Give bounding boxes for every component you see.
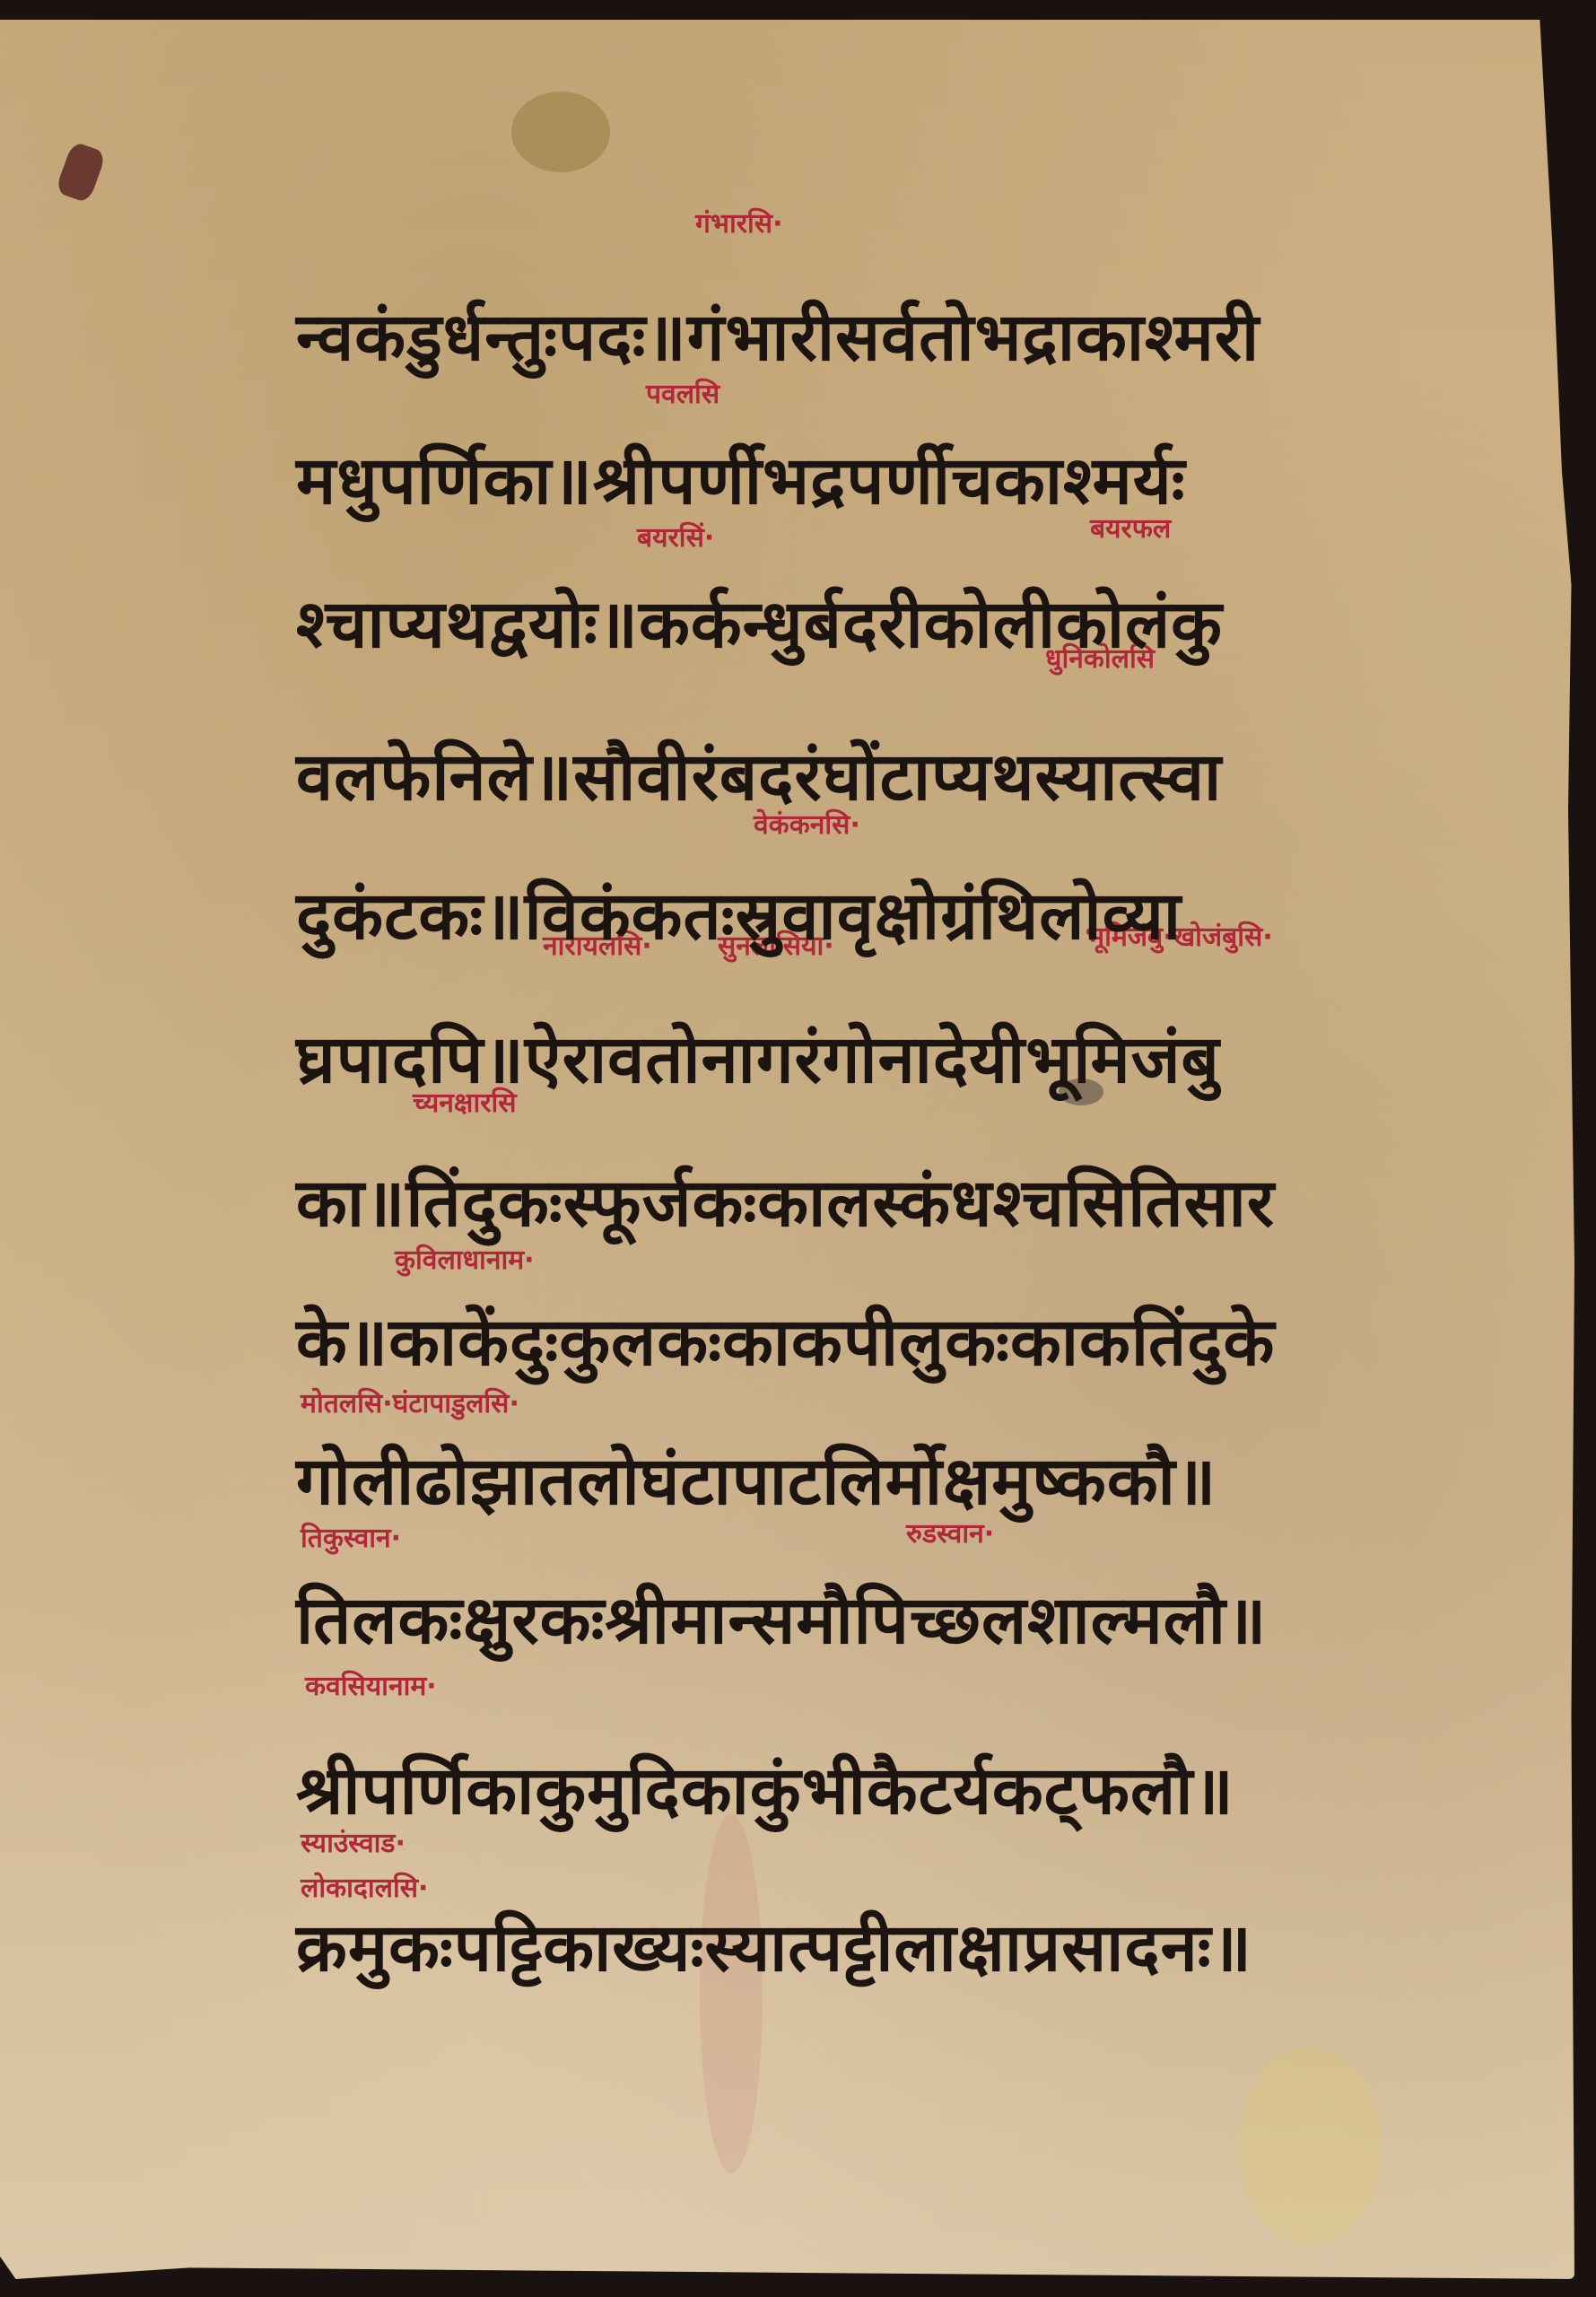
text-line: न्वकंडुर्धन्तुःपदः॥गंभारीसर्वतोभद्राकाश्… <box>296 289 1260 380</box>
text-line: तिलकःक्षुरकःश्रीमान्समौपिच्छलशाल्मलौ॥ <box>296 1572 1267 1663</box>
text-line: का॥तिंदुकःस्फूर्जकःकालस्कंधश्चसितिसार <box>296 1155 1275 1245</box>
yellow-smear <box>1238 2048 1382 2245</box>
text-line: श्चाप्यथद्वयोः॥कर्कन्धुर्बदरीकोलीकोलंकु <box>296 576 1223 667</box>
text-line: क्रमुकःपट्टिकाख्यःस्यात्पट्टीलाक्षाप्रसा… <box>296 1900 1252 1990</box>
paper-stain <box>511 92 610 172</box>
gloss: बयरसिं· <box>637 518 714 555</box>
gloss: मोतलसि·घंटापाडुलसि· <box>301 1384 519 1420</box>
text-line: वलफेनिले॥सौवीरंबदरंघोंटाप्यथस्यात्स्वा <box>296 729 1222 819</box>
text-line: के॥काकेंदुःकुलकःकाकपीलुकःकाकतिंदुके <box>296 1294 1275 1384</box>
text-line: दुकंटकः॥विकंकतःस्रुवावृक्षोग्रंथिलोव्या <box>296 868 1182 958</box>
ink-stain <box>55 141 107 204</box>
manuscript-folio: गंभारसि· पवलसि बयरसिं· बयरफल धुनिकोलसि व… <box>0 20 1574 2279</box>
gloss: गंभारसि· <box>695 204 782 240</box>
gloss: कवसियानाम· <box>305 1666 437 1703</box>
gloss: कुविलाधानाम· <box>395 1240 535 1277</box>
text-line: मधुपर्णिका॥श्रीपर्णीभद्रपर्णीचकाश्मर्यः <box>296 432 1186 523</box>
red-smear <box>700 1814 763 2173</box>
gloss: पवलसि <box>646 374 720 411</box>
text-line: श्रीपर्णिकाकुमुदिकाकुंभीकैटर्यकट्फलौ॥ <box>296 1742 1234 1833</box>
gloss: तिकुस्वान· <box>301 1518 401 1555</box>
text-line: घ्रपादपि॥ऐरावतोनागरंगोनादेयीभूमिजंबु <box>296 1011 1220 1102</box>
text-line: गोलीढोझातलोघंटापाटलिर्मोक्षमुष्ककौ॥ <box>296 1433 1217 1524</box>
